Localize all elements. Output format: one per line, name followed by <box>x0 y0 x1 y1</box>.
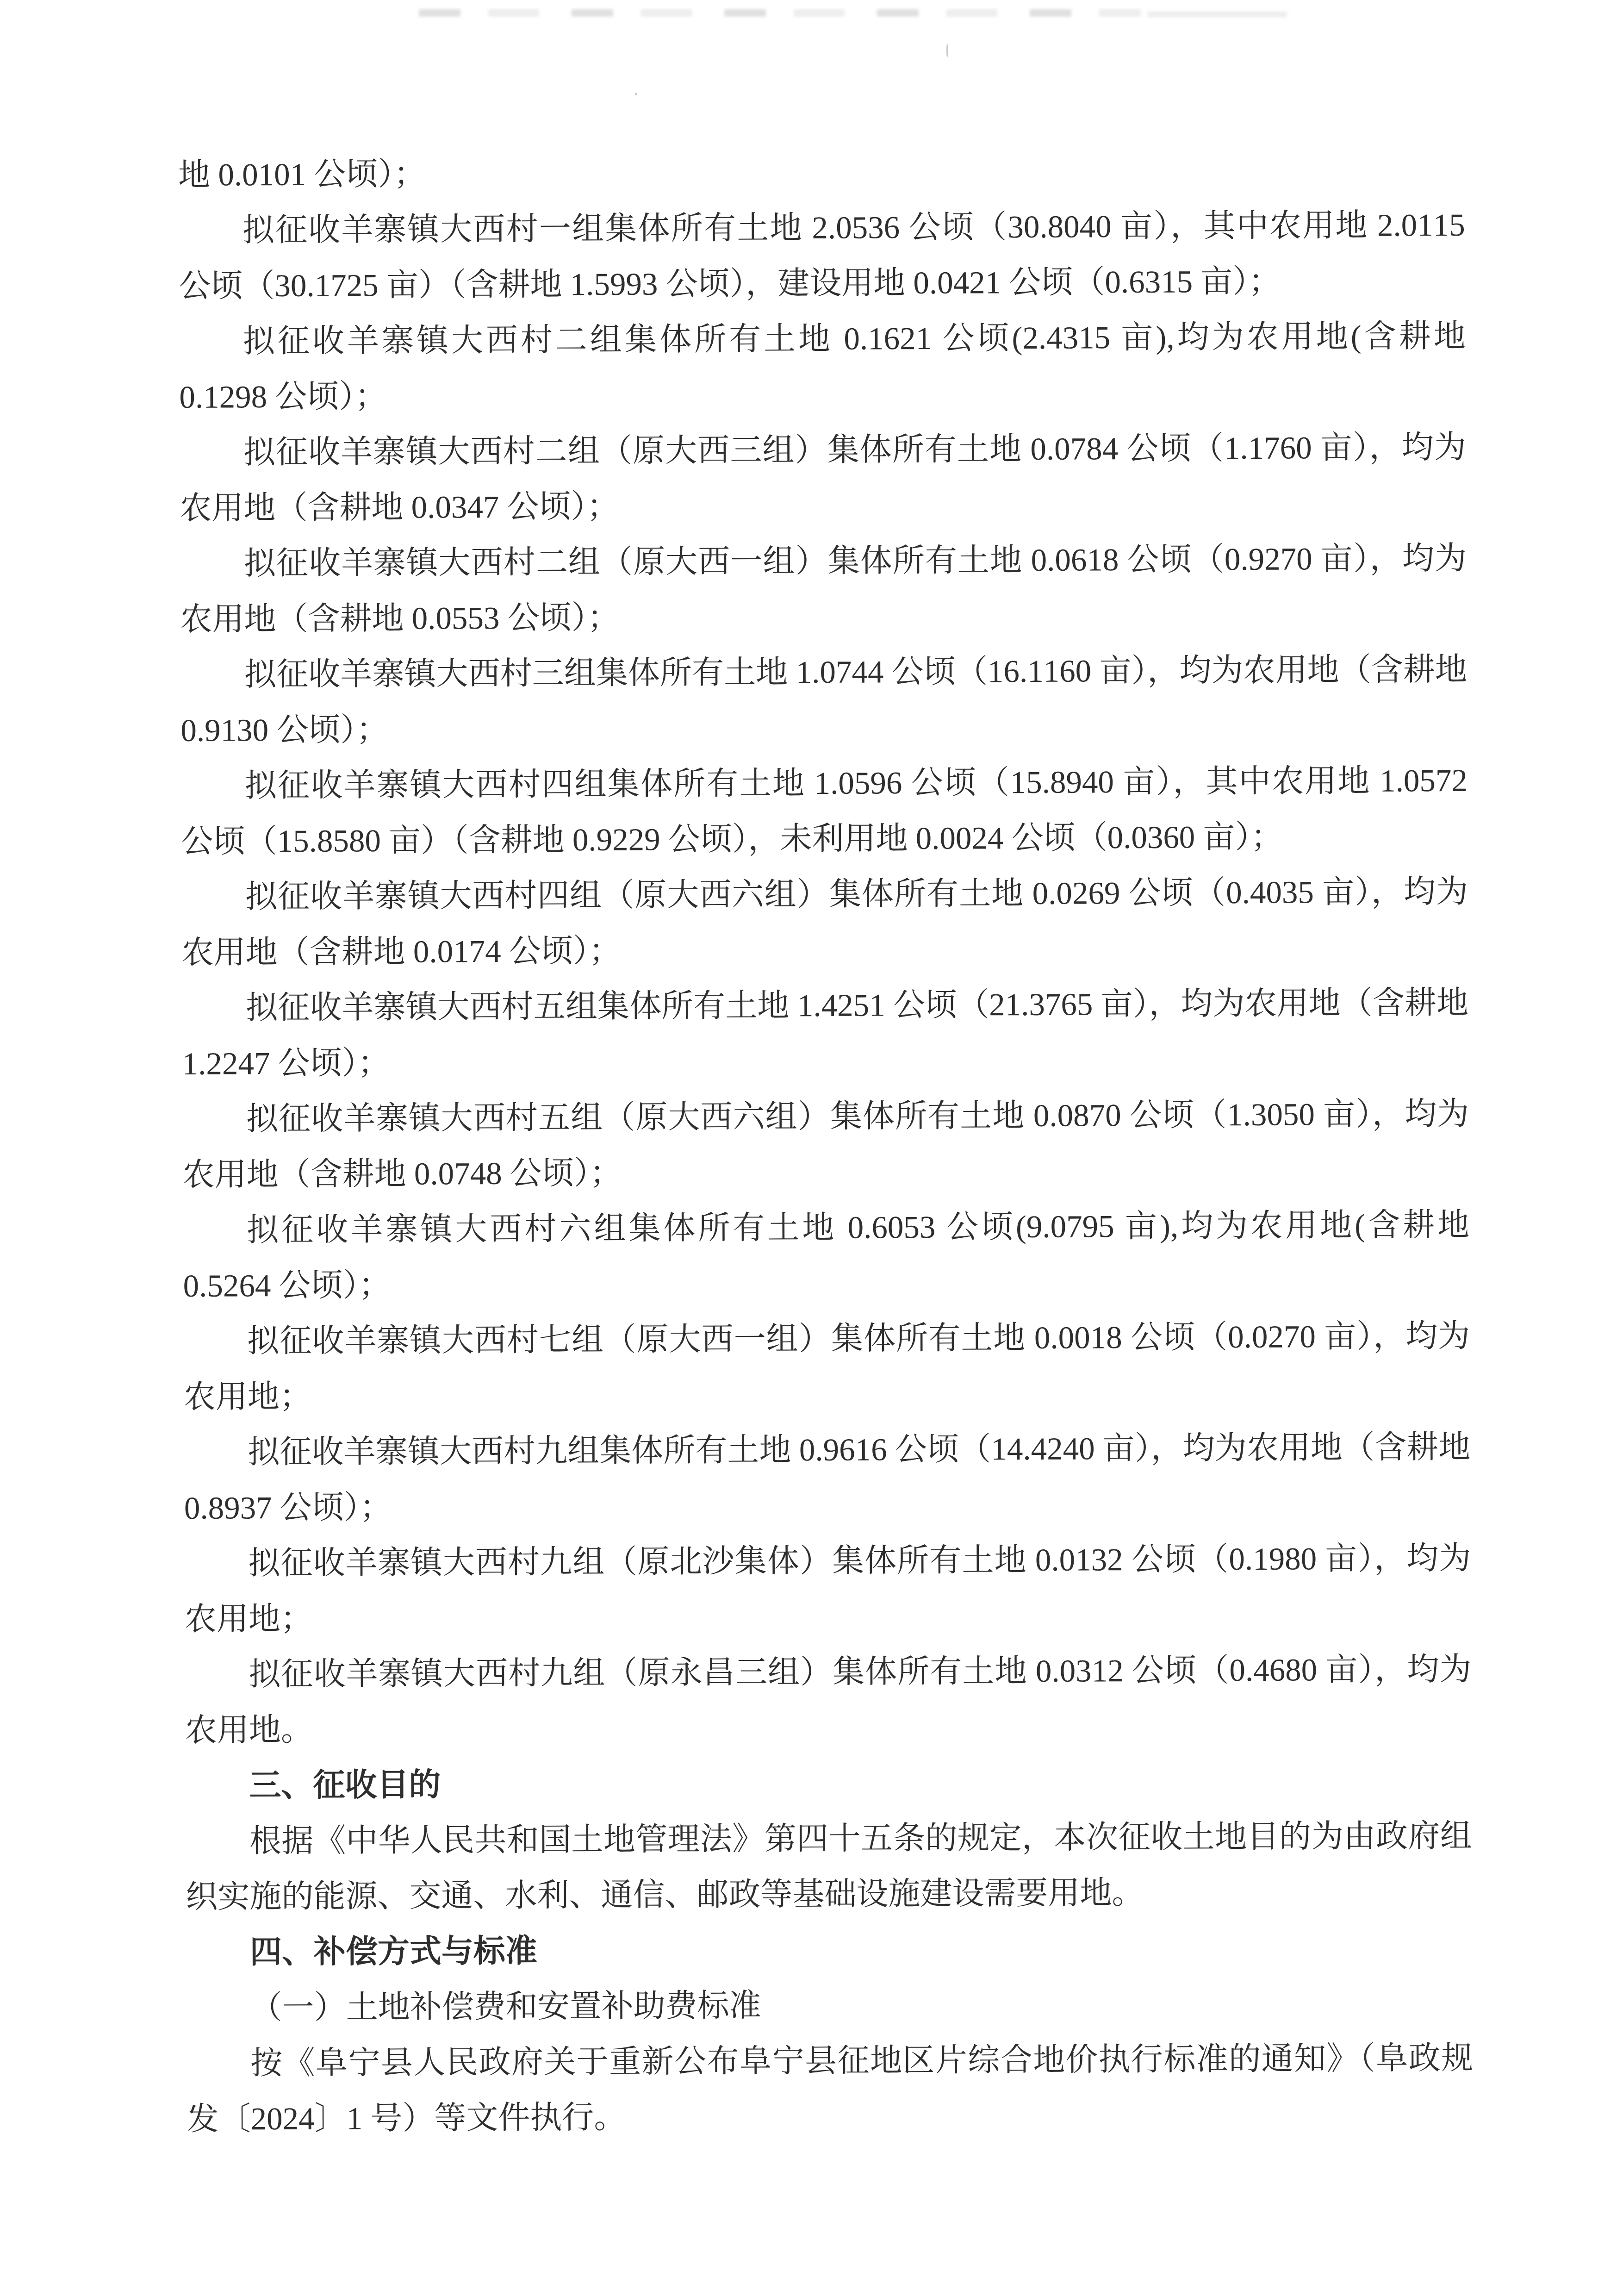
paragraph: 拟征收羊寨镇大西村九组（原永昌三组）集体所有土地 0.0312 公顷（0.468… <box>185 1641 1472 1758</box>
section-heading: 四、补偿方式与标准 <box>186 1919 1473 1980</box>
paragraph: 拟征收羊寨镇大西村九组（原北沙集体）集体所有土地 0.0132 公顷（0.198… <box>184 1530 1471 1647</box>
paragraph: 拟征收羊寨镇大西村一组集体所有土地 2.0536 公顷（30.8040 亩），其… <box>179 197 1466 314</box>
scan-smudge <box>1148 12 1287 17</box>
paragraph: 地 0.0101 公顷）； <box>178 142 1465 203</box>
paragraph: 拟征收羊寨镇大西村三组集体所有土地 1.0744 公顷（16.1160 亩），均… <box>180 642 1468 758</box>
document-page: 地 0.0101 公顷）；拟征收羊寨镇大西村一组集体所有土地 2.0536 公顷… <box>0 0 1623 2296</box>
paragraph: 拟征收羊寨镇大西村四组集体所有土地 1.0596 公顷（15.8940 亩），其… <box>181 753 1468 869</box>
paragraph: 拟征收羊寨镇大西村五组（原大西六组）集体所有土地 0.0870 公顷（1.305… <box>182 1086 1469 1203</box>
document-content: 地 0.0101 公顷）；拟征收羊寨镇大西村一组集体所有土地 2.0536 公顷… <box>178 142 1474 2147</box>
paragraph: （一）土地补偿费和安置补助费标准 <box>186 1975 1473 2036</box>
paragraph: 拟征收羊寨镇大西村二组（原大西一组）集体所有土地 0.0618 公顷（0.927… <box>180 530 1467 647</box>
paragraph: 按《阜宁县人民政府关于重新公布阜宁县征地区片综合地价执行标准的通知》（阜政规发〔… <box>187 2030 1474 2147</box>
section-heading: 三、征收目的 <box>185 1753 1472 1814</box>
paragraph: 拟征收羊寨镇大西村五组集体所有土地 1.4251 公顷（21.3765 亩），均… <box>182 975 1469 1092</box>
scan-speck <box>946 44 948 57</box>
paragraph: 拟征收羊寨镇大西村二组集体所有土地 0.1621 公顷(2.4315 亩),均为… <box>179 308 1466 425</box>
paragraph: 拟征收羊寨镇大西村九组集体所有土地 0.9616 公顷（14.4240 亩），均… <box>184 1419 1471 1536</box>
paragraph: 拟征收羊寨镇大西村六组集体所有土地 0.6053 公顷(9.0795 亩),均为… <box>183 1197 1470 1314</box>
paragraph: 拟征收羊寨镇大西村四组（原大西六组）集体所有土地 0.0269 公顷（0.403… <box>181 864 1468 980</box>
scan-smudge <box>419 9 1141 17</box>
paragraph: 拟征收羊寨镇大西村二组（原大西三组）集体所有土地 0.0784 公顷（1.176… <box>180 419 1467 536</box>
scan-speck <box>635 93 637 95</box>
paragraph: 拟征收羊寨镇大西村七组（原大西一组）集体所有土地 0.0018 公顷（0.027… <box>183 1308 1470 1425</box>
paragraph: 根据《中华人民共和国土地管理法》第四十五条的规定，本次征收土地目的为由政府组织实… <box>186 1808 1473 1925</box>
